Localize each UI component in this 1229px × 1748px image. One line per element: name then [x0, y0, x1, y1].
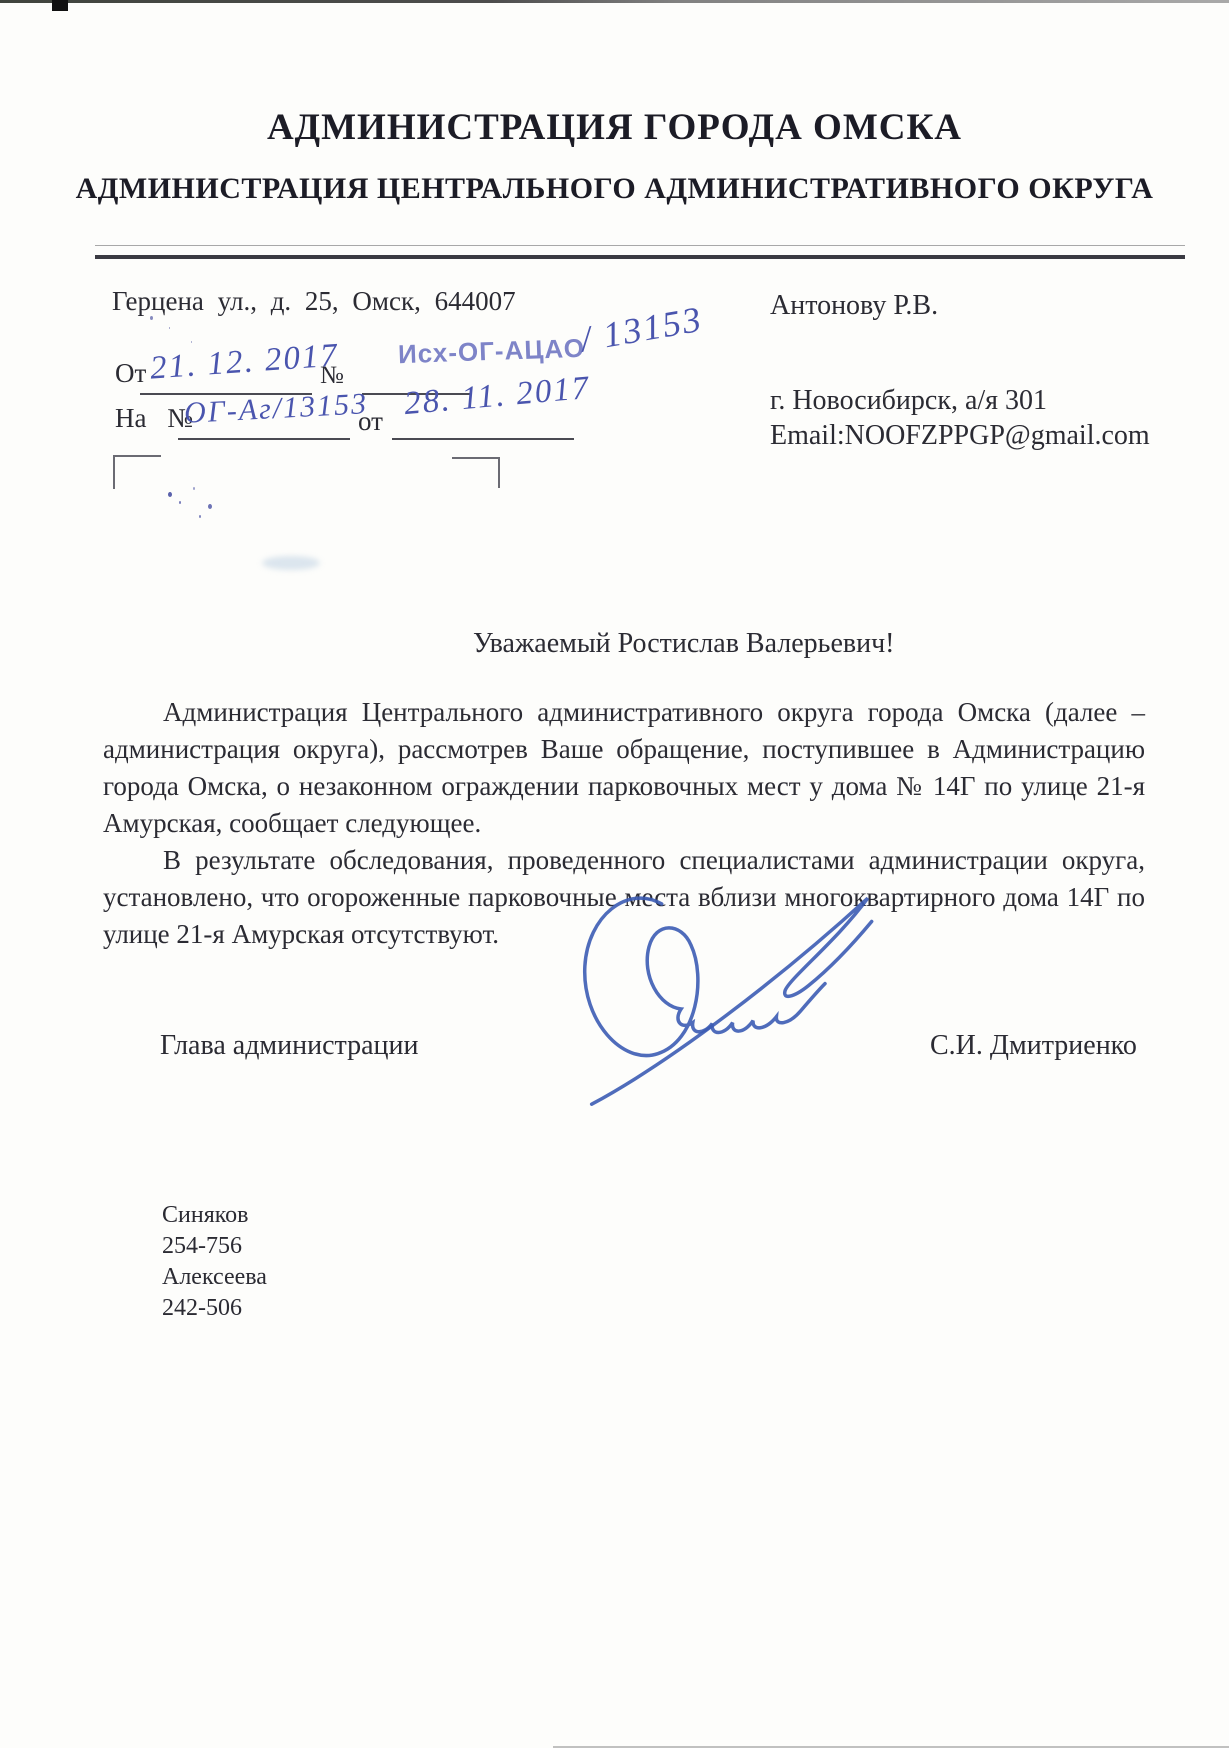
address-zone-bracket-right	[452, 457, 500, 488]
contact-person-2: Алексеева	[162, 1262, 267, 1293]
org-name-primary: АДМИНИСТРАЦИЯ ГОРОДА ОМСКА	[0, 106, 1229, 149]
address-zone-bracket-left	[113, 455, 161, 489]
reply-date-handwriting: 28. 11. 2017	[403, 370, 592, 423]
signer-name: С.И. Дмитриенко	[930, 1030, 1137, 1062]
reply-number-underline	[178, 438, 350, 440]
scan-artifact-blob	[52, 0, 68, 11]
sender-address: Герцена ул., д. 25, Омск, 644007	[112, 286, 516, 317]
reply-ref-label: На №	[115, 403, 193, 434]
from-date-handwriting: 21. 12. 2017	[149, 337, 340, 387]
ink-smudge	[262, 556, 320, 570]
salutation: Уважаемый Ростислав Валерьевич!	[473, 628, 895, 660]
contact-phone-1: 254-756	[162, 1231, 267, 1262]
handwritten-signature	[545, 862, 895, 1117]
contact-phone-2: 242-506	[162, 1293, 267, 1324]
contact-person-1: Синяков	[162, 1200, 267, 1231]
recipient-name: Антонову Р.В.	[770, 290, 938, 322]
recipient-email: Email:NOOFZPPGP@gmail.com	[770, 420, 1150, 452]
letterhead-rule-thin	[95, 245, 1185, 246]
scanned-letter-page: АДМИНИСТРАЦИЯ ГОРОДА ОМСКА АДМИНИСТРАЦИЯ…	[0, 0, 1229, 1748]
outgoing-number-handwriting: / 13153	[577, 298, 705, 361]
signer-title: Глава администрации	[160, 1030, 419, 1062]
body-paragraph-1: Администрация Центрального административ…	[103, 694, 1145, 842]
outgoing-number-stamp: Исх-ОГ-АЦАО	[398, 333, 586, 371]
contact-block: Синяков 254-756 Алексеева 242-506	[162, 1200, 267, 1324]
org-name-secondary: АДМИНИСТРАЦИЯ ЦЕНТРАЛЬНОГО АДМИНИСТРАТИВ…	[0, 172, 1229, 206]
ink-specks	[150, 316, 153, 320]
ink-splatter	[168, 492, 172, 497]
from-label: От	[115, 358, 146, 389]
number-label: №	[320, 362, 344, 390]
recipient-city: г. Новосибирск, а/я 301	[770, 385, 1047, 417]
reply-date-underline	[392, 438, 574, 440]
scan-artifact-top-edge	[0, 0, 1229, 3]
letterhead-rule-thick	[95, 255, 1185, 259]
reply-date-label: от	[358, 406, 383, 437]
